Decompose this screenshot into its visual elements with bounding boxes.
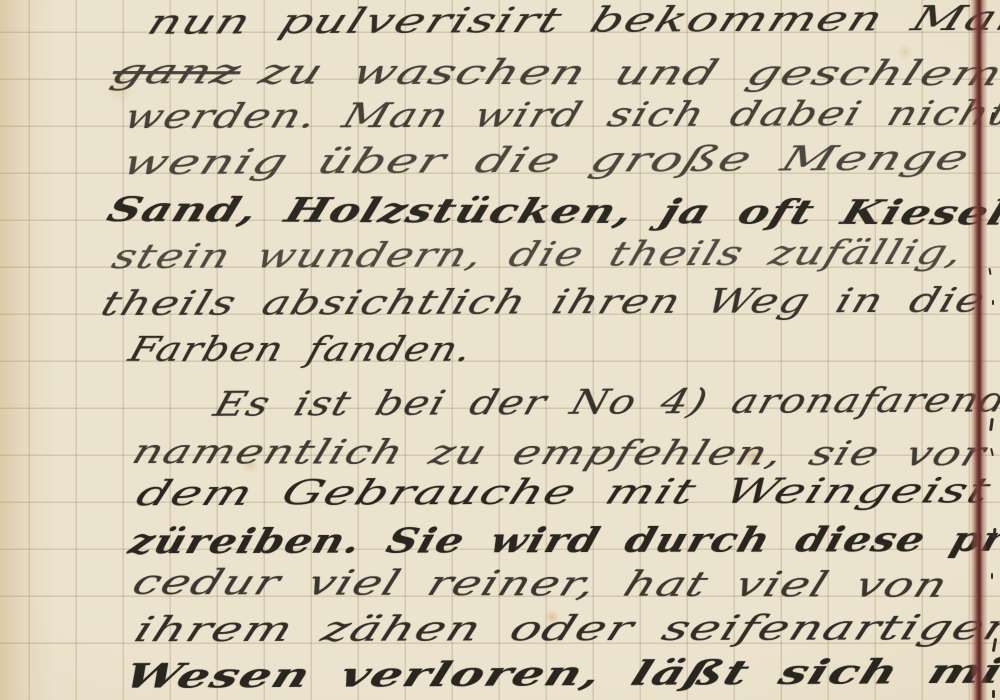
handwriting-line-12: züreiben. Sie wird durch diese pro= — [125, 522, 1000, 559]
handwriting-line-14: ihrem zähen oder seifenartigen — [130, 611, 1000, 647]
handwriting-line-2: ganzzu waschen und geschlemmt — [107, 55, 1000, 91]
handwriting-line-15: Wesen verloren, läßt sich mit — [120, 655, 1000, 694]
handwriting-line-1: nun pulverisirt bekommen Mann, — [143, 2, 1000, 40]
handwriting-line-10: namentlich zu empfehlen, sie vor — [128, 435, 991, 471]
ink-speck — [992, 300, 994, 305]
handwriting-line-9: Es ist bei der No 4) aronafarende — [210, 383, 1000, 422]
handwriting-line-8: Farben fanden. — [125, 333, 477, 367]
ink-speck — [992, 690, 995, 698]
handwriting-line-5: Sand, Holzstücken, ja oft Kiesel_ — [103, 193, 1000, 231]
struck-word: ganz — [106, 52, 248, 92]
red-margin-stripe — [970, 0, 987, 700]
manuscript-page: nun pulverisirt bekommen Mann, ganzzu wa… — [0, 0, 1000, 700]
handwriting-line-6: stein wundern, die theils zufällig, — [108, 235, 968, 274]
handwriting-line-3: werden. Man wird sich dabei nicht — [120, 96, 1000, 134]
handwriting-line-2-rest: zu waschen und geschlemmt — [254, 52, 1000, 94]
handwriting-line-4: wenig über die große Menge von — [118, 140, 1000, 180]
handwriting-line-11: dem Gebrauche mit Weingeist ab= — [132, 473, 1000, 511]
handwriting-line-7: theils absichtlich ihren Weg in die — [97, 284, 990, 321]
handwriting-line-13: cedur viel reiner, hat viel von — [128, 566, 953, 603]
ink-speck — [991, 573, 993, 579]
